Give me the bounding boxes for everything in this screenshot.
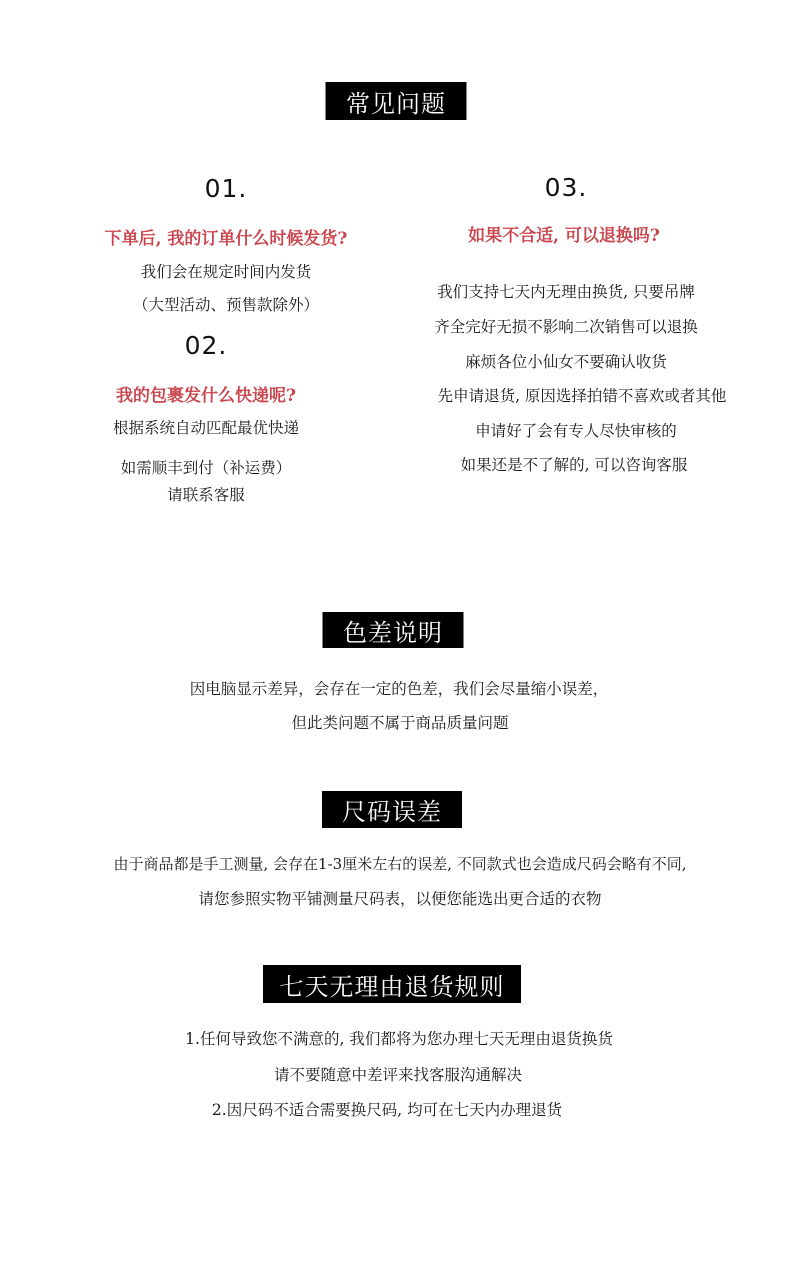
faq-section-title: 常见问题 — [326, 82, 467, 120]
faq-number-01: 01. — [205, 174, 248, 203]
faq-answer-02-line-1: 根据系统自动匹配最优快递 — [113, 416, 299, 438]
faq-answer-03-line-5: 申请好了会有专人尽快审核的 — [475, 419, 677, 441]
faq-answer-03-line-3: 麻烦各位小仙女不要确认收货 — [465, 350, 667, 372]
faq-title-text: 常见问题 — [346, 84, 446, 119]
return-policy-title-text: 七天无理由退货规则 — [280, 967, 505, 1002]
faq-answer-03-line-1: 我们支持七天内无理由换货, 只要吊牌 — [437, 280, 695, 302]
faq-answer-01-line-2: （大型活动、预售款除外） — [133, 293, 319, 315]
faq-number-02: 02. — [185, 331, 228, 360]
return-policy-line-2: 请不要随意中差评来找客服沟通解决 — [274, 1063, 522, 1085]
faq-answer-03-line-2: 齐全完好无损不影响二次销售可以退换 — [434, 315, 698, 337]
size-error-title-text: 尺码误差 — [342, 792, 442, 827]
color-diff-title-text: 色差说明 — [343, 613, 443, 648]
faq-answer-03-line-6: 如果还是不了解的, 可以咨询客服 — [461, 453, 688, 475]
faq-question-02: 我的包裹发什么快递呢? — [116, 381, 296, 406]
size-error-line-2: 请您参照实物平铺测量尺码表，以便您能选出更合适的衣物 — [198, 887, 601, 909]
return-policy-section-title: 七天无理由退货规则 — [263, 965, 521, 1003]
faq-question-03: 如果不合适, 可以退换吗? — [468, 221, 660, 246]
faq-number-03: 03. — [545, 173, 588, 202]
color-diff-line-1: 因电脑显示差异，会存在一定的色差，我们会尽量缩小误差， — [190, 677, 609, 699]
faq-answer-03-line-4: 先申请退货, 原因选择拍错不喜欢或者其他 — [438, 384, 727, 406]
return-policy-line-3: 2.因尺码不适合需要换尺码, 均可在七天内办理退货 — [212, 1098, 562, 1120]
faq-answer-02-line-3: 请联系客服 — [167, 483, 245, 505]
faq-answer-01-line-1: 我们会在规定时间内发货 — [141, 260, 312, 282]
faq-question-01: 下单后, 我的订单什么时候发货? — [105, 224, 348, 249]
size-error-line-1: 由于商品都是手工测量, 会存在1-3厘米左右的误差, 不同款式也会造成尺码会略有… — [114, 853, 687, 874]
faq-answer-02-line-2: 如需顺丰到付（补运费） — [121, 456, 292, 478]
color-diff-section-title: 色差说明 — [323, 612, 464, 648]
size-error-section-title: 尺码误差 — [322, 791, 462, 828]
color-diff-line-2: 但此类问题不属于商品质量问题 — [291, 711, 508, 733]
return-policy-line-1: 1.任何导致您不满意的, 我们都将为您办理七天无理由退货换货 — [185, 1027, 613, 1049]
